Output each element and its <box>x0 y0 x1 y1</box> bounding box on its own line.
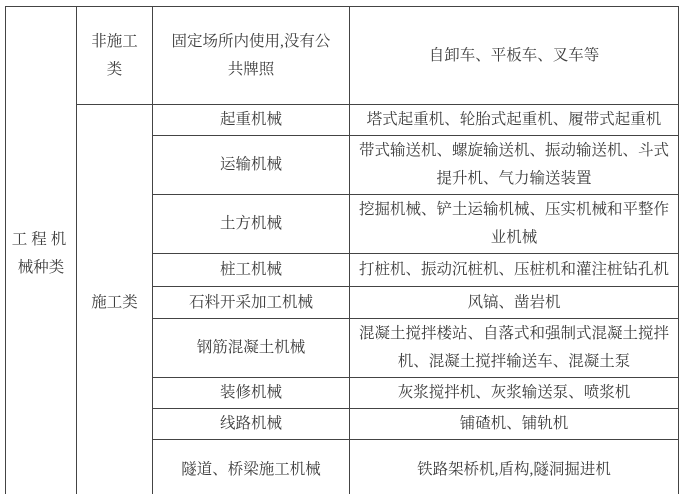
cell-examples: 风镐、凿岩机 <box>350 287 679 319</box>
cell-category: 桩工机械 <box>153 254 350 287</box>
cell-examples: 铁路架桥机,盾构,隧洞掘进机 <box>350 440 679 494</box>
cell-examples: 打桩机、振动沉桩机、压桩机和灌注桩钻孔机 <box>350 254 679 287</box>
cell-category: 钢筋混凝土机械 <box>153 319 350 378</box>
cell-examples: 铺碴机、铺轨机 <box>350 409 679 440</box>
cell-category: 土方机械 <box>153 195 350 254</box>
table-row: 施工类 起重机械 塔式起重机、轮胎式起重机、履带式起重机 <box>6 105 679 136</box>
document-page: 工程机 械种类 非施工 类 固定场所内使用,没有公 共牌照 自卸车、平板车、叉车… <box>0 0 683 494</box>
cell-category: 装修机械 <box>153 378 350 409</box>
cell-examples: 塔式起重机、轮胎式起重机、履带式起重机 <box>350 105 679 136</box>
row-header-machinery-types: 工程机 械种类 <box>6 7 77 494</box>
cell-examples: 混凝土搅拌楼站、自落式和强制式混凝土搅拌 机、混凝土搅拌输送车、混凝土泵 <box>350 319 679 378</box>
cell-category: 隧道、桥梁施工机械 <box>153 440 350 494</box>
cell-examples: 灰浆搅拌机、灰浆输送泵、喷浆机 <box>350 378 679 409</box>
group-label-construction: 施工类 <box>77 105 153 494</box>
cell-examples: 自卸车、平板车、叉车等 <box>350 7 679 105</box>
cell-category: 线路机械 <box>153 409 350 440</box>
cell-examples: 挖掘机械、铲土运输机械、压实机械和平整作 业机械 <box>350 195 679 254</box>
group-label-non-construction: 非施工 类 <box>77 7 153 105</box>
cell-category: 运输机械 <box>153 136 350 195</box>
machinery-classification-table: 工程机 械种类 非施工 类 固定场所内使用,没有公 共牌照 自卸车、平板车、叉车… <box>5 6 679 494</box>
cell-examples: 带式输送机、螺旋输送机、振动输送机、斗式 提升机、气力输送装置 <box>350 136 679 195</box>
table-row: 工程机 械种类 非施工 类 固定场所内使用,没有公 共牌照 自卸车、平板车、叉车… <box>6 7 679 105</box>
cell-category: 固定场所内使用,没有公 共牌照 <box>153 7 350 105</box>
cell-category: 起重机械 <box>153 105 350 136</box>
cell-category: 石料开采加工机械 <box>153 287 350 319</box>
